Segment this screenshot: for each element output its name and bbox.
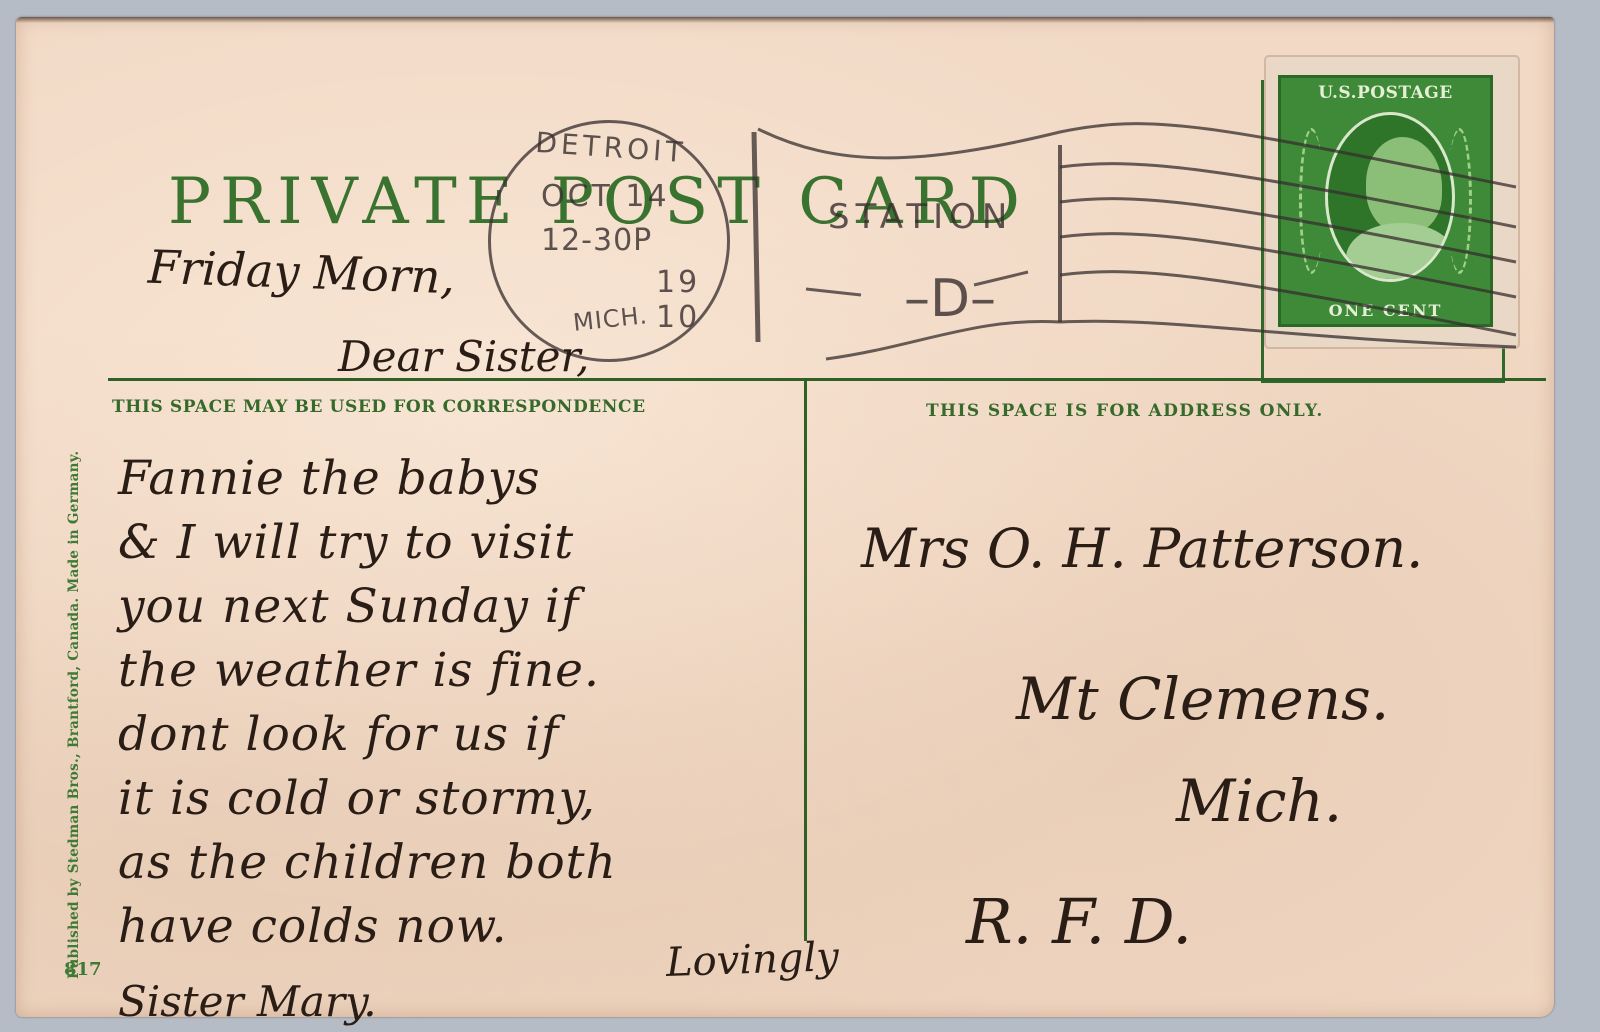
postmark-date: OCT 14 xyxy=(541,179,670,214)
address-line-4: R. F. D. xyxy=(966,885,1192,958)
address-label: THIS SPACE IS FOR ADDRESS ONLY. xyxy=(926,401,1324,421)
message-line: dont look for us if xyxy=(118,703,838,767)
signature: Sister Mary. xyxy=(118,977,377,1026)
postcard: PRIVATE POST CARD U.S.POSTAGE ONE CENT S… xyxy=(16,17,1554,1017)
postmark-time: 12-30P xyxy=(541,223,652,258)
postmark-year: 19 10 xyxy=(656,265,727,335)
greeting-line-1: Friday Morn, xyxy=(147,240,456,305)
correspondence-label: THIS SPACE MAY BE USED FOR CORRESPONDENC… xyxy=(112,397,646,417)
message-line: & I will try to visit xyxy=(118,511,838,575)
message-body: Fannie the babys & I will try to visit y… xyxy=(118,447,838,959)
message-line: you next Sunday if xyxy=(118,575,838,639)
message-line: the weather is fine. xyxy=(118,639,838,703)
postmark-station-text: STATION xyxy=(828,197,1013,237)
address-line-2: Mt Clemens. xyxy=(1016,665,1389,733)
postmark-circle: DETROIT OCT 14 12-30P 19 10 MICH. xyxy=(488,120,730,362)
address-line-3: Mich. xyxy=(1176,767,1342,835)
message-line: as the children both xyxy=(118,831,838,895)
card-number: 817 xyxy=(64,959,102,980)
greeting-line-2: Dear Sister, xyxy=(338,332,589,381)
closing: Lovingly xyxy=(665,934,839,986)
postmark-station-letter: –D– xyxy=(904,269,996,329)
message-line: Fannie the babys xyxy=(118,447,838,511)
address-line-1: Mrs O. H. Patterson. xyxy=(861,517,1423,580)
message-line: it is cold or stormy, xyxy=(118,767,838,831)
divider-horizontal xyxy=(108,378,1546,381)
publisher-text: Published by Stedman Bros., Brantford, C… xyxy=(66,451,82,979)
